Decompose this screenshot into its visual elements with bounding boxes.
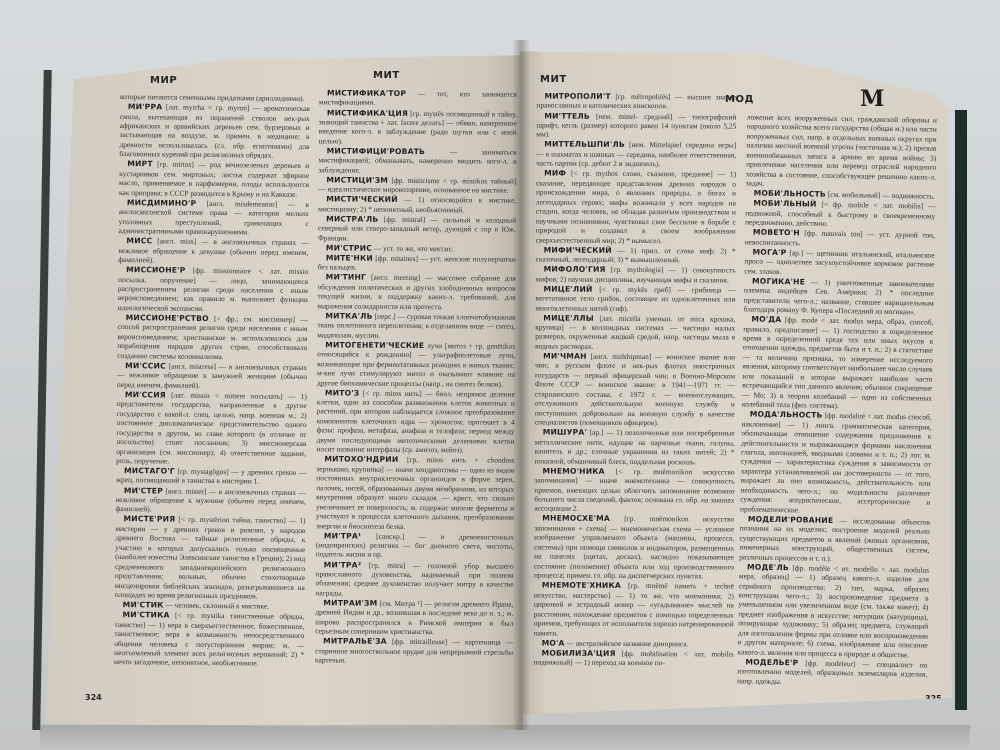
dictionary-entry: МИТРОПОЛИ'Т [гр. mētropolitēs] — высшее … [536,91,736,111]
dictionary-entry: МИ'СТИКА [< гр. mystika таинственные обр… [114,610,305,669]
entry-definition: которые питаются семенными придатками (а… [120,92,304,103]
dictionary-entry: МОБИЛИЗА'ЦИЯ [фр. mobilisation < лат. mo… [533,648,733,668]
entry-headword: МИТРАЛЬЕ'ЗА [323,637,387,646]
entry-headword: МОДЕ'ЛЬ [747,562,789,572]
entry-headword: МИСТИФИКА'ЦИЯ [327,108,408,118]
dictionary-entry: МИССИОНЕ'РСТВО [< фр.; см. миссионер] — … [117,313,307,362]
entry-headword: МИСТЕ'РИЯ [123,515,175,525]
dictionary-entry: МИЦЕ'ЛЛЫ [лат. micella уменьш. от mica к… [535,313,735,352]
book-gutter [512,40,530,730]
entry-headword: МИСТРА'ЛЬ [326,214,378,223]
dictionary-entry: МИСС [англ. miss] — в англоязычных стран… [118,236,308,266]
entry-headword: МИСТИФИКА'ТОР [327,88,406,98]
entry-definition: [фр. modèle < ит. modello < лат. modulus… [738,563,930,659]
entry-headword: МИ'СТИКА [122,610,169,619]
entry-headword: МИТРАИ'ЗМ [323,598,377,607]
dictionary-entry: МИСТРА'ЛЬ [фр. mistral] — сильный и холо… [318,214,516,244]
entry-headword: МИФ [544,169,566,178]
dictionary-entry: МОДЕЛИ'РОВАНИЕ — исследование объектов п… [739,514,930,565]
entry-headword: МИТЕ'НКИ [326,253,373,262]
dictionary-entry: МИТОХО'НДРИИ [гр. mitos нить + chondros … [316,455,515,532]
entry-headword: МИТКА'ЛЬ [325,311,372,320]
entry-headword: МИСС [126,236,152,245]
entry-headword: МОБИ'ЛЬНЫЙ [753,199,816,209]
entry-headword: МОДЕЛЬЕ'Р [745,657,798,667]
entry-definition: [< гр. mitos нить] — биол. непрямое деле… [316,388,514,454]
entry-definition: [гр. mnēmonikon искусство запоминания + … [534,514,734,580]
entry-definition: — человек, склонный к мистике. [165,601,269,611]
dictionary-entry: МОГИКА'НЕ — 1) уничтоженные завоевателям… [744,276,935,317]
entry-definition: [англ. midshipman] — воинское звание или… [535,352,735,428]
dictionary-entry: МИШУРА' [ар.] — 1) позолоченные или посе… [535,428,735,467]
dictionary-entry: МИТТЕЛЬШПИ'ЛЬ [нем. Mittelspiel середина… [536,140,736,169]
entry-headword: МИ'ТИНГ [326,273,366,282]
page-number-right: 325 [925,694,942,703]
entry-headword: МИ'СТРИС [326,243,372,252]
dictionary-entry: МО'А — австралийское название динорниса. [534,638,734,649]
dictionary-entry: МНЕМОСХЕ'МА [гр. mnēmonikon искусство за… [534,514,734,581]
entry-headword: МО'А [542,638,565,647]
entry-headword: МИ'ССИЯ [125,390,166,399]
dictionary-entry: МИ'ЧМАН [англ. midshipman] — воинское зв… [535,351,735,428]
dictionary-entry: МИТРАЛЬЕ'ЗА [фр. mitrailleuse] — картечн… [315,637,513,667]
running-head-left: МИТ [540,74,567,85]
dictionary-entry: МИ'ТРА¹ [санскр.] — в древневосточных (и… [316,531,514,561]
entry-headword: МИФОЛО'ГИЯ [544,265,606,274]
dictionary-entry: МОГА'Р [ар.] — щетинник итальянский, ита… [744,247,934,279]
right-page-column-1: МИТРОПОЛИ'Т [гр. mētropolitēs] — высшее … [533,91,736,668]
entry-headword: МИ'ТРА² [324,560,362,569]
book-cover-edge-left [32,70,52,730]
dictionary-entry: МИСТИ'ЧЕСКИЙ — 1) относящийся к мистике,… [318,195,516,215]
page-number-left: 324 [85,693,102,702]
dictionary-entry: МОДЕЛЬЕ'Р [фр. modeleur] — специалист по… [737,657,927,689]
entry-headword: МИ'ТРА¹ [324,531,362,540]
entry-headword: МОБИЛИЗА'ЦИЯ [542,648,616,657]
entry-definition: [гр. mitos нить + chondros зернышко, кру… [316,455,515,530]
dictionary-entry: МОДЕ'ЛЬ [фр. modèle < ит. modello < лат.… [738,562,930,660]
entry-definition: [< гр. mystika таинственные обряды, таин… [114,611,305,668]
dictionary-entry: МИТО'З [< гр. mitos нить] — биол. непрям… [316,388,514,456]
entry-headword: МОГИКА'НЕ [752,276,805,286]
entry-headword: МИТРОПОЛИ'Т [544,92,610,101]
entry-definition: [лат. myrrha < гр. myron] — ароматическа… [119,103,310,160]
entry-headword: МИТОХО'НДРИИ [324,455,398,465]
dictionary-entry: МОБИ'ЛЬНЫЙ [< фр. mobile < лат. mobilis]… [745,199,935,231]
dictionary-entry: МИФ [< гр. mythos слово, сказание, преда… [536,169,736,246]
dictionary-entry: МНЕМОТЕ'ХНИКА [гр. mnēmē память + technē… [534,581,734,639]
dictionary-entry: МОВЕТО'Н [фр. mauvais ton] — уст. дурной… [745,228,935,250]
entry-headword: МИССИОНЕ'Р [126,265,185,275]
entry-definition: ложение всех вооруженных сил, гражданско… [746,112,937,187]
dictionary-entry: МИ'ССИС [англ. mistress] — в англоязычны… [117,361,307,391]
dictionary-entry: МИ'ТРА² [гр. mitra] — головной убор высш… [315,560,513,599]
dictionary-entry: МО'ДА [фр. mode < лат. modus мера, образ… [742,314,934,412]
entry-headword: МИ'ТТЕЛЬ [544,111,590,120]
entry-headword: МНЕМОТЕ'ХНИКА [542,581,621,590]
running-head-left: МИР [150,75,177,86]
entry-definition: — австралийское название динорниса. [566,638,688,648]
dictionary-entry: МИТКА'ЛЬ [перс.] — суровая тонкая хлопча… [317,311,515,341]
dictionary-entry: МИРТ [гр. mirtos] — род вечнозеленых дер… [119,159,309,199]
dictionary-entry: МИСТИФИЦИ'РОВАТЬ — заниматься мистификац… [318,146,516,176]
left-page: МИР МИТ которые питаются семенными прида… [45,45,523,730]
dictionary-entry: МИСТИЦИ'ЗМ [фр. misticisme < гр. mistiko… [318,175,516,195]
entry-headword: МИСТИЦИ'ЗМ [326,175,388,184]
entry-headword: МИСТИ'ЧЕСКИЙ [326,195,398,204]
running-head-right: МИТ [373,70,400,81]
entry-headword: МО'ДА [751,315,781,325]
book-shadow [40,725,970,750]
left-page-column-2: МИСТИФИКА'ТОР — тот, кто занимается мист… [315,88,517,667]
dictionary-entry: МИ'СТЕР [англ. mister] — в англоязычных … [116,486,306,516]
entry-headword: МИ'ЧМАН [543,352,587,361]
entry-headword: МИ'РРА [128,102,163,111]
dictionary-entry: МИ'СТРИС — уст. то же, что миссис. [318,243,516,254]
dictionary-entry: МИСТЕ'РИЯ [< гр. mystērion тайна, таинст… [115,514,306,601]
entry-definition: [гр. mnēmē память + technē искусство, ма… [534,581,734,637]
right-page-column-2: ложение всех вооруженных сил, гражданско… [737,112,937,689]
entry-headword: МИСТИФИЦИ'РОВАТЬ [327,146,426,156]
entry-definition: [фр. modalité < лат. modus способ, накло… [740,411,932,514]
dictionary-entry: МНЕМО'НИКА [< гр. mnēmonikon искусство з… [534,466,734,514]
left-page-column-1: которые питаются семенными придатками (а… [114,92,310,669]
entry-headword: МИ'ССИС [125,361,166,370]
dictionary-entry: МИФОЛО'ГИЯ [гр. mythologia] — 1) совокуп… [536,265,736,285]
entry-definition: [лат. missio < mittere посылать] — 1) пр… [116,390,307,465]
entry-headword: МИ'СТЕР [124,486,163,495]
entry-headword: МНЕМО'НИКА [543,466,605,475]
entry-headword: МИРТ [127,159,153,168]
entry-definition: [фр. mode < лат. modus мера, образ, спос… [742,315,934,410]
dictionary-entry: МИСТИФИКА'ТОР — тот, кто занимается мист… [319,88,517,108]
entry-headword: МИФИ'ЧЕСКИЙ [544,245,612,254]
dictionary-entry: МИ'ССИЯ [лат. missio < mittere посылать]… [116,390,307,468]
dictionary-entry: МИ'ТИНГ [англ. meeting] — массовое собра… [317,273,515,312]
entry-headword: МИССИОНЕ'РСТВО [126,313,209,323]
right-page: МИТ МОД М МИТРОПОЛИ'Т [гр. mētropolitēs]… [520,48,965,718]
dictionary-entry: МИ'РРА [лат. myrrha < гр. myron] — арома… [119,102,310,161]
entry-definition: [см. мобильный] — подвижность. [828,190,935,201]
dictionary-entry: МИ'ТТЕЛЬ [нем. mittel- средний] — типогр… [536,111,736,140]
dictionary-entry: МИТЕ'НКИ [фр. mitaines] — уст. женские п… [318,253,516,273]
dictionary-entry: МИСТИФИКА'ЦИЯ [гр. mystēs посвященный в … [319,108,517,147]
entry-headword: МИСДИМИНО'Р [127,198,197,208]
entry-headword: МОБИ'ЛЬНОСТЬ [754,189,826,199]
dictionary-entry: МИСДИМИНО'Р [англ. misdemeanor] — в англ… [119,198,309,238]
open-dictionary: МИР МИТ которые питаются семенными прида… [0,0,1000,750]
entry-headword: МИЦЕ'ЛЛЫ [543,313,594,322]
dictionary-entry: МИТРАИ'ЗМ [см. Митра ¹] — религия древне… [315,598,513,637]
entry-definition: [< гр. mythos слово, сказание, предание]… [536,169,736,245]
entry-headword: МИ'СТИК [123,600,164,609]
dictionary-entry: МИСТАГО'Г [гр. mystagōgos] — у древних г… [116,466,306,487]
entry-headword: МИЦЕ'ЛИЙ [543,284,592,293]
entry-definition: — уст. то же, что миссис. [374,244,454,254]
entry-headword: МОВЕТО'Н [753,228,800,238]
dictionary-entry: МИЦЕ'ЛИЙ [< гр. mykēs гриб] — грибница —… [535,284,735,313]
entry-headword: МИШУРА' [543,428,587,437]
entry-definition: [< гр. mystērion тайна, таинство] — 1) м… [115,515,306,600]
entry-headword: МНЕМОСХЕ'МА [542,514,610,523]
dictionary-entry: МИТОГЕНЕТИ'ЧЕСКИЕ лучи [митоз + гр. genē… [317,340,515,389]
entry-headword: МИТТЕЛЬШПИ'ЛЬ [544,140,625,149]
entry-headword: МОГА'Р [753,247,787,257]
entry-headword: МИСТАГО'Г [124,466,175,476]
section-letter: М [860,86,884,112]
book-cover-edge-right [955,110,967,710]
dictionary-entry: МИФИ'ЧЕСКИЙ — 1) прил. от слова миф; 2) … [536,245,736,265]
dictionary-entry: ложение всех вооруженных сил, гражданско… [746,112,937,191]
dictionary-entry: МОДА'ЛЬНОСТЬ [фр. modalité < лат. modus … [740,410,932,517]
entry-headword: МИТО'З [325,388,360,397]
entry-headword: МИТОГЕНЕТИ'ЧЕСКИЕ [325,340,424,350]
dictionary-entry: МИССИОНЕ'Р [фр. missionnaire < лат. miss… [118,265,308,314]
